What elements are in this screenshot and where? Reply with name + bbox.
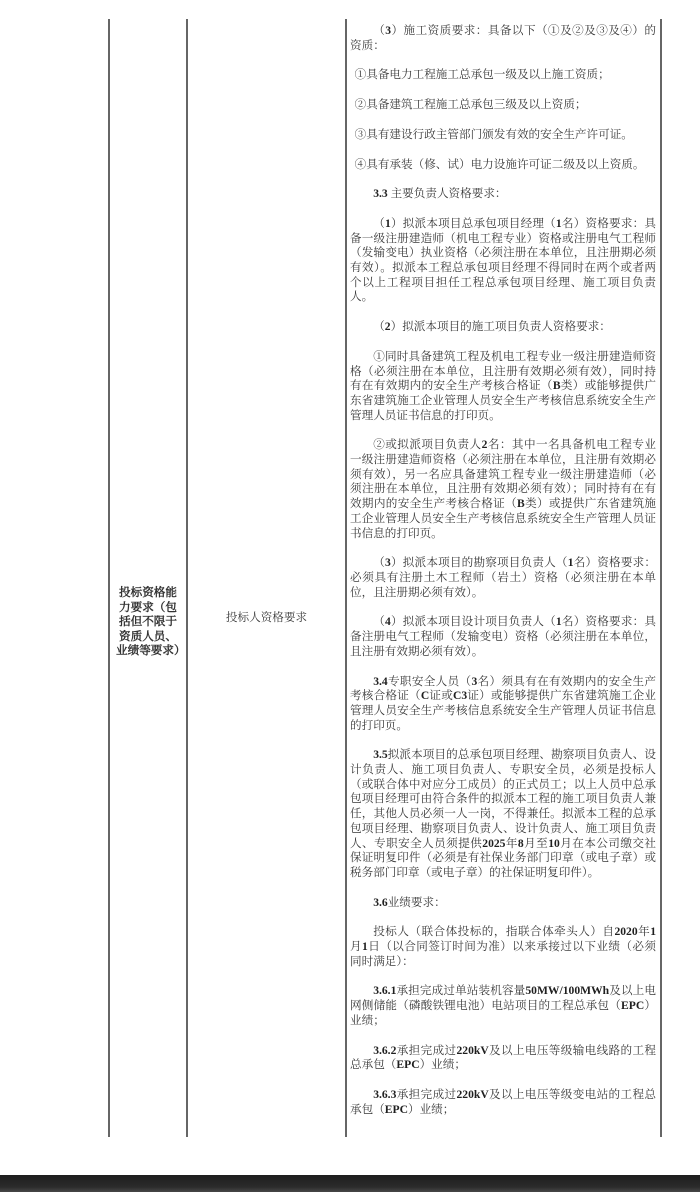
row-header-label: 投标资格能力要求（包括但不限于资质人员、业绩等要求） — [116, 586, 180, 659]
requirement-paragraph: 3.5拟派本项目的总承包项目经理、勘察项目负责人、设计负责人、施工项目负责人、专… — [350, 748, 656, 880]
requirements-cell: （3）施工资质要求：具备以下（①及②及③及④）的资质： ①具备电力工程施工总承包… — [350, 19, 656, 1137]
dark-footer-bar — [0, 1175, 700, 1192]
requirement-paragraph: 3.3 主要负责人资格要求： — [350, 187, 656, 202]
requirement-paragraph: （4）拟派本项目设计项目负责人（1名）资格要求：具备注册电气工程师（发输变电）资… — [350, 615, 656, 659]
requirement-paragraph: 3.6业绩要求： — [350, 896, 656, 911]
requirement-paragraph: （3）拟派本项目的勘察项目负责人（1名）资格要求：必须具有注册土木工程师（岩土）… — [350, 556, 656, 600]
requirement-paragraph: 3.4专职安全人员（3名）须具有在有效期内的安全生产考核合格证（C证或C3证）或… — [350, 675, 656, 734]
criteria-label: 投标人资格要求 — [188, 610, 345, 625]
requirement-paragraph: （2）拟派本项目的施工项目负责人资格要求： — [350, 320, 656, 335]
requirement-paragraph: （3）施工资质要求：具备以下（①及②及③及④）的资质： — [350, 24, 656, 53]
requirement-paragraph: ④具有承装（修、试）电力设施许可证二级及以上资质。 — [350, 158, 656, 173]
requirement-paragraph: ③具有建设行政主管部门颁发有效的安全生产许可证。 — [350, 128, 656, 143]
requirement-paragraph: 3.6.1承担完成过单站装机容量50MW/100MWh及以上电网侧储能（磷酸铁锂… — [350, 984, 656, 1028]
criteria-cell: 投标人资格要求 — [188, 19, 345, 1137]
requirement-paragraph: 3.6.3承担完成过220kV及以上电压等级变电站的工程总承包（EPC）业绩； — [350, 1088, 656, 1117]
row-header-cell: 投标资格能力要求（包括但不限于资质人员、业绩等要求） — [110, 19, 186, 1137]
requirement-paragraph: 投标人（联合体投标的，指联合体牵头人）自2020年1月1日（以合同签订时间为准）… — [350, 925, 656, 969]
requirement-paragraph: （1）拟派本项目总承包项目经理（1名）资格要求：具备一级注册建造师（机电工程专业… — [350, 217, 656, 305]
requirement-paragraph: ①具备电力工程施工总承包一级及以上施工资质； — [350, 68, 656, 83]
requirement-paragraph: ①同时具备建筑工程及机电工程专业一级注册建造师资格（必须注册在本单位，且注册有效… — [350, 350, 656, 424]
document-page: 投标资格能力要求（包括但不限于资质人员、业绩等要求） 投标人资格要求 （3）施工… — [0, 0, 700, 1192]
requirement-paragraph: ②具备建筑工程施工总承包三级及以上资质； — [350, 98, 656, 113]
table-column-border-mid2 — [345, 19, 347, 1137]
requirement-paragraph: ②或拟派项目负责人2名：其中一名具备机电工程专业一级注册建造师资格（必须注册在本… — [350, 438, 656, 541]
requirement-paragraph: 3.6.2承担完成过220kV及以上电压等级输电线路的工程总承包（EPC）业绩； — [350, 1044, 656, 1073]
table-column-border-right — [660, 19, 662, 1137]
